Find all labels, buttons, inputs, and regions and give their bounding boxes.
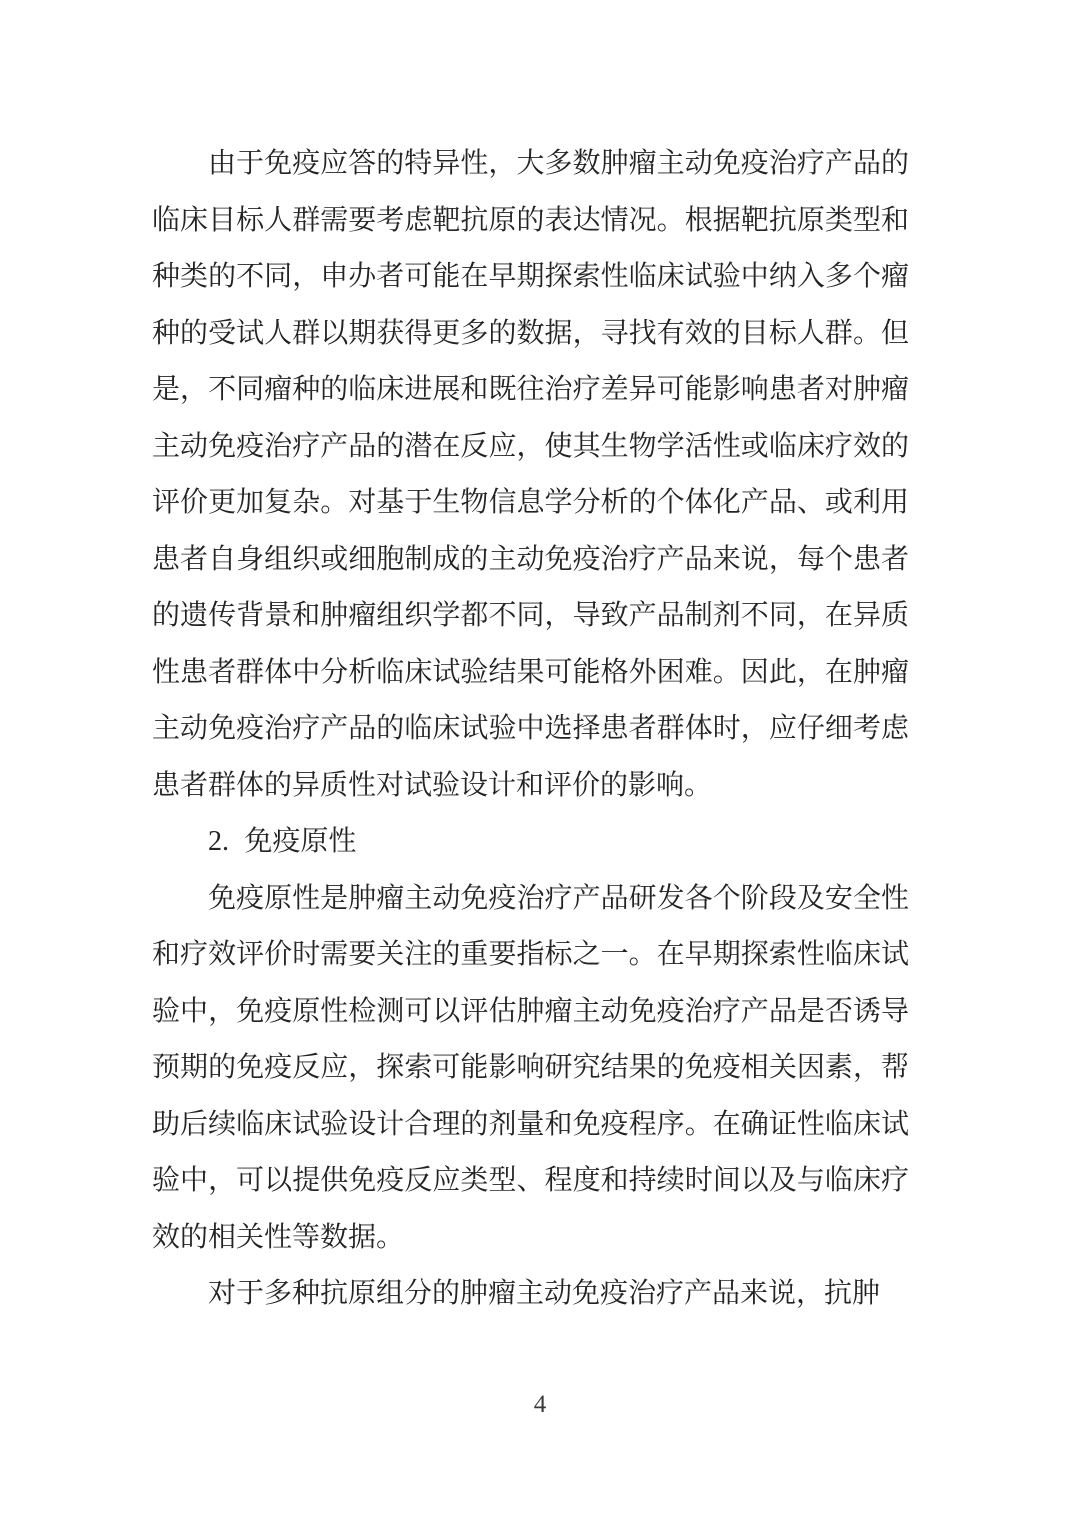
paragraph-multi-antigen: 对于多种抗原组分的肿瘤主动免疫治疗产品来说，抗肿 bbox=[152, 1266, 909, 1323]
section-title: 免疫原性 bbox=[244, 826, 356, 857]
paragraph-target-population: 由于免疫应答的特异性，大多数肿瘤主动免疫治疗产品的临床目标人群需要考虑靶抗原的表… bbox=[152, 136, 909, 814]
body-text: 由于免疫应答的特异性，大多数肿瘤主动免疫治疗产品的临床目标人群需要考虑靶抗原的表… bbox=[152, 136, 909, 1323]
section-heading: 2.免疫原性 bbox=[152, 814, 909, 871]
paragraph-immunogenicity: 免疫原性是肿瘤主动免疫治疗产品研发各个阶段及安全性和疗效评价时需要关注的重要指标… bbox=[152, 871, 909, 1267]
document-page: 由于免疫应答的特异性，大多数肿瘤主动免疫治疗产品的临床目标人群需要考虑靶抗原的表… bbox=[0, 0, 1080, 1527]
page-number: 4 bbox=[0, 1390, 1080, 1420]
section-number: 2. bbox=[208, 826, 229, 857]
